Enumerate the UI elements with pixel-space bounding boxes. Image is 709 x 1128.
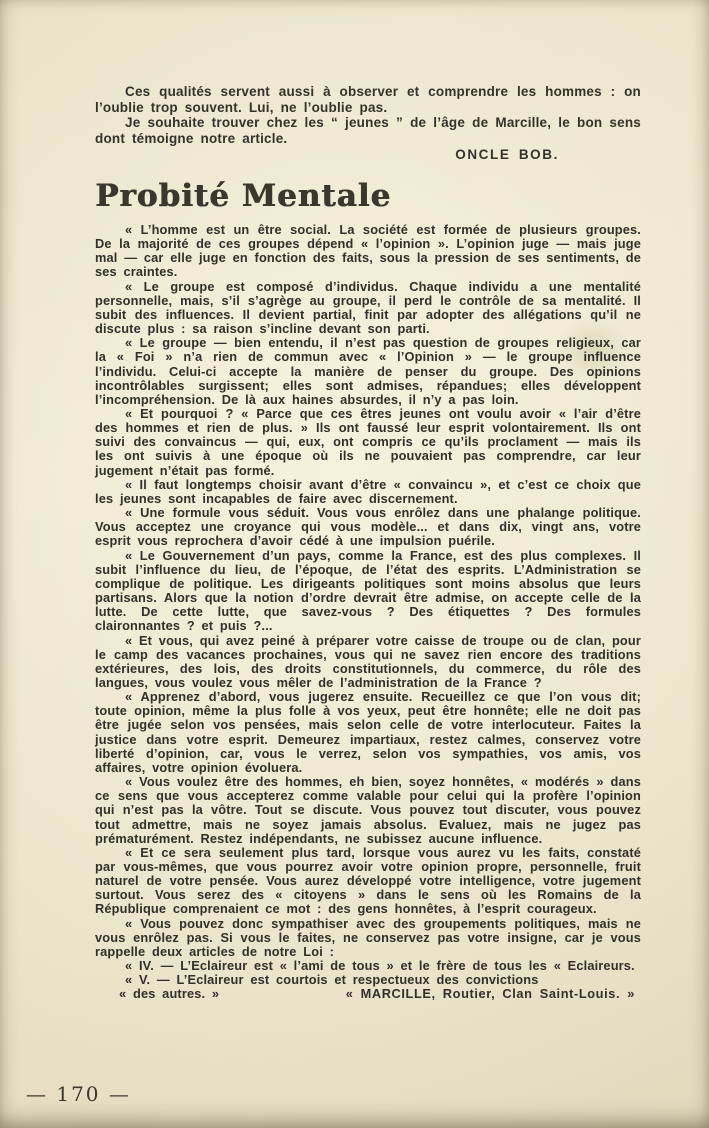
intro-paragraph-1: Ces qualités servent aussi à observer et… xyxy=(95,84,641,115)
article-paragraph: « Une formule vous séduit. Vous vous enr… xyxy=(95,506,641,548)
article-body: « L’homme est un être social. La société… xyxy=(95,223,641,1002)
page-content: Ces qualités servent aussi à observer et… xyxy=(95,84,641,1002)
article-paragraph: « Apprenez d’abord, vous jugerez ensuite… xyxy=(95,690,641,775)
intro-signature: ONCLE BOB. xyxy=(95,147,641,163)
article-title: Probité Mentale xyxy=(95,179,641,213)
intro-paragraph-2: Je souhaite trouver chez les “ jeunes ” … xyxy=(95,115,641,146)
closing-left-text: « des autres. » xyxy=(119,987,219,1001)
article-paragraph: « Le Gouvernement d’un pays, comme la Fr… xyxy=(95,549,641,634)
article-paragraph: « L’homme est un être social. La société… xyxy=(95,223,641,280)
article-paragraph: « Et pourquoi ? « Parce que ces êtres je… xyxy=(95,407,641,478)
page-number: — 170 — xyxy=(26,1082,131,1106)
article-paragraph: « Et vous, qui avez peiné à préparer vot… xyxy=(95,634,641,691)
intro-section: Ces qualités servent aussi à observer et… xyxy=(95,84,641,163)
article-paragraph: « Le groupe — bien entendu, il n’est pas… xyxy=(95,336,641,407)
article-paragraph: « Et ce sera seulement plus tard, lorsqu… xyxy=(95,846,641,917)
closing-row: « des autres. » « MARCILLE, Routier, Cla… xyxy=(95,987,641,1001)
article-paragraph: « Il faut longtemps choisir avant d’être… xyxy=(95,478,641,506)
article-paragraph: « V. — L’Eclaireur est courtois et respe… xyxy=(95,973,641,987)
article-paragraph: « Vous voulez être des hommes, eh bien, … xyxy=(95,775,641,846)
author-signature: « MARCILLE, Routier, Clan Saint-Louis. » xyxy=(346,987,635,1001)
article-paragraph: « Le groupe est composé d’individus. Cha… xyxy=(95,280,641,337)
article-paragraph: « IV. — L’Eclaireur est « l’ami de tous … xyxy=(95,959,641,973)
scanned-page: Ces qualités servent aussi à observer et… xyxy=(0,0,709,1128)
article-paragraph: « Vous pouvez donc sympathiser avec des … xyxy=(95,917,641,959)
